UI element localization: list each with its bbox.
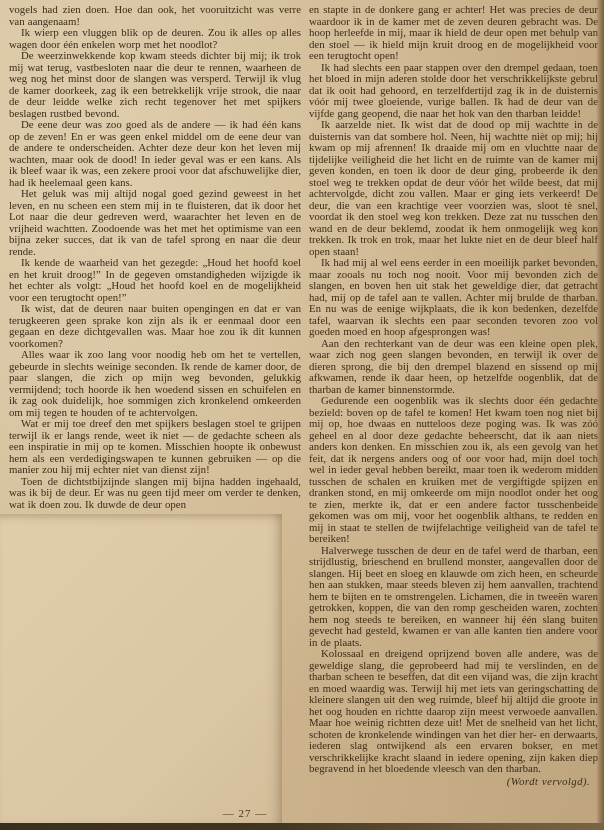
- left-column-paragraphs: vogels had zien doen. Hoe dan ook, het v…: [9, 5, 301, 511]
- paragraph: Ik had mij al wel eens eerder in een moe…: [309, 258, 598, 339]
- blank-paper-area: [0, 514, 282, 823]
- paragraph: Alles waar ik zoo lang voor noodig heb o…: [9, 350, 301, 419]
- paragraph: Toen de dichtstbijzijnde slangen mij bij…: [9, 477, 301, 512]
- text-column-right: en stapte in de donkere gang er achter! …: [309, 5, 598, 788]
- paragraph: Ik wierp een vluggen blik op de deuren. …: [9, 28, 301, 51]
- page-number: — 27 —: [0, 808, 490, 820]
- paragraph: Ik had slechts een paar stappen over den…: [309, 63, 598, 121]
- right-column-paragraphs: en stapte in de donkere gang er achter! …: [309, 5, 598, 776]
- paragraph: Het geluk was mij altijd nogal goed gezi…: [9, 189, 301, 258]
- text-column-left: vogels had zien doen. Hoe dan ook, het v…: [9, 5, 301, 511]
- paragraph: Wat er mij toe dreef den met spijkers be…: [9, 419, 301, 477]
- paragraph: Kolossaal en dreigend oprijzend boven al…: [309, 649, 598, 776]
- scanned-book-page: vogels had zien doen. Hoe dan ook, het v…: [0, 0, 604, 830]
- page-edge-shadow-bottom: [0, 823, 604, 830]
- paragraph: Ik kende de waarheid van het gezegde: „H…: [9, 258, 301, 304]
- paragraph: Aan den rechterkant van de deur was een …: [309, 339, 598, 397]
- paragraph: De weerzinwekkende kop kwam steeds dicht…: [9, 51, 301, 120]
- page-edge-shadow-right: [596, 0, 604, 830]
- paragraph: en stapte in de donkere gang er achter! …: [309, 5, 598, 63]
- to-be-continued-note: (Wordt vervolgd).: [309, 777, 590, 789]
- paragraph: Ik aarzelde niet. Ik wist dat de dood op…: [309, 120, 598, 258]
- paragraph: vogels had zien doen. Hoe dan ook, het v…: [9, 5, 301, 28]
- paragraph: Halverwege tusschen de deur en de tafel …: [309, 546, 598, 650]
- paragraph: Gedurende een oogenblik was ik slechts d…: [309, 396, 598, 546]
- paragraph: De eene deur was zoo goed als de andere …: [9, 120, 301, 189]
- paragraph: Ik wist, dat de deuren naar buiten openg…: [9, 304, 301, 350]
